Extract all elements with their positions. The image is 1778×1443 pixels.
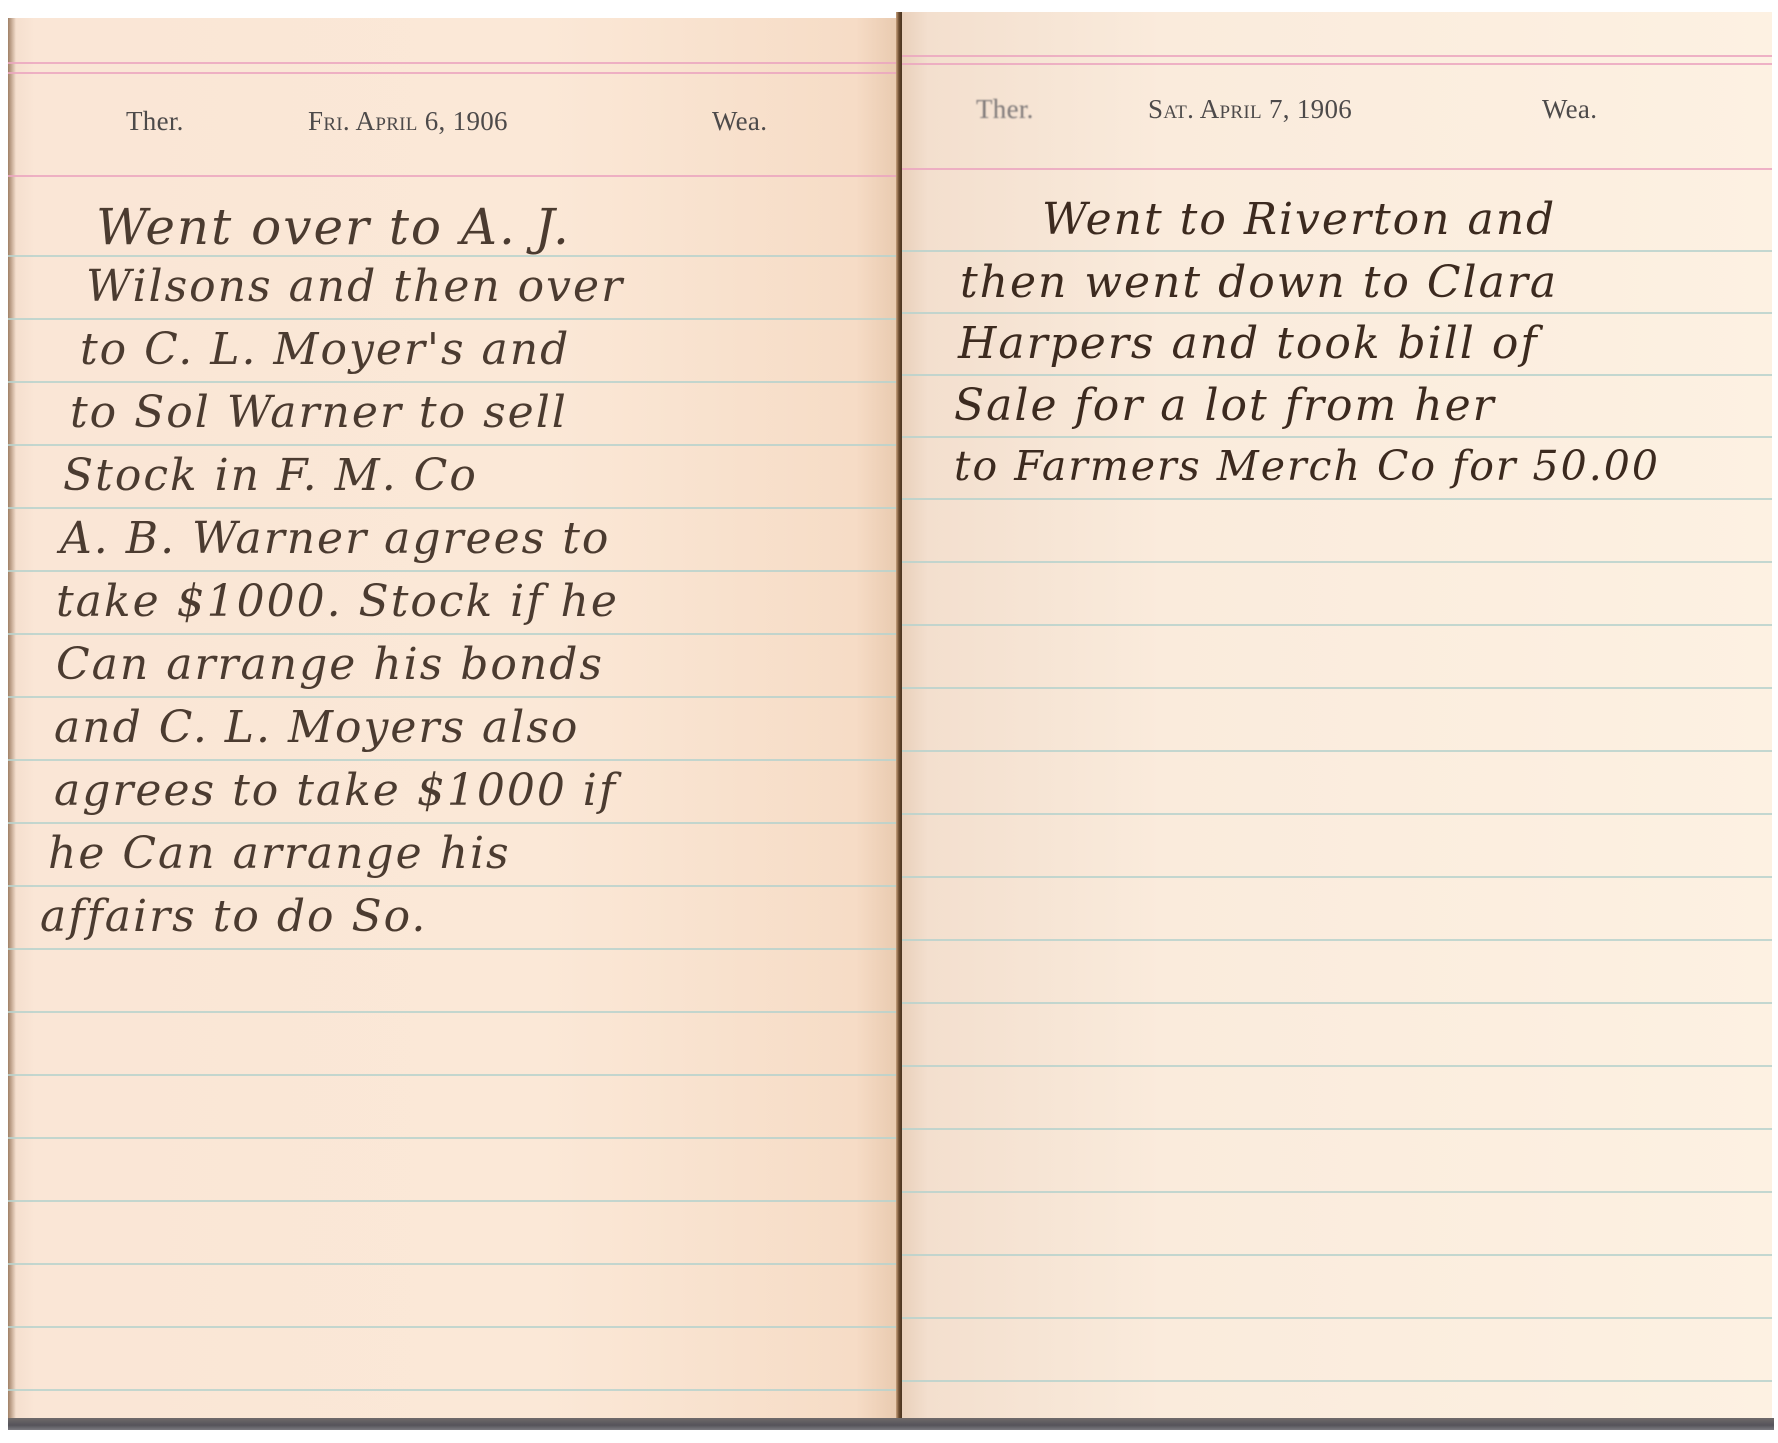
ruled-line [902,498,1772,500]
ruled-line [902,1002,1772,1004]
ruled-line [902,1128,1772,1130]
ruled-line [902,1065,1772,1067]
weather-label: Wea. [1542,94,1597,125]
ruled-line [8,1200,900,1202]
ruled-line [8,570,900,572]
ruled-line [8,885,900,887]
ruled-line [8,948,900,950]
date-heading: Fri. April 6, 1906 [308,106,508,137]
ruled-line [8,633,900,635]
ruled-line [8,696,900,698]
header-top-rule [8,62,900,64]
book-bottom-edge [8,1418,1774,1430]
ruled-line [902,876,1772,878]
ruled-line [902,687,1772,689]
ruled-line [8,1389,900,1391]
ruled-line [902,750,1772,752]
entry-line: then went down to Clara [960,257,1558,308]
ruled-line [902,561,1772,563]
ruled-line [902,624,1772,626]
ruled-line [902,939,1772,941]
entry-line: take $1000. Stock if he [56,576,619,627]
entry-line: Harpers and took bill of [958,318,1539,369]
entry-line: to Farmers Merch Co for 50.00 [954,442,1660,490]
entry-line: Went over to A. J. [96,198,571,256]
ruled-line [8,759,900,761]
thermometer-label: Ther. [126,106,184,137]
entry-line: he Can arrange his [48,828,511,879]
ruled-line [902,1380,1772,1382]
ruled-line [8,1011,900,1013]
ruled-line [8,822,900,824]
entry-line: and C. L. Moyers also [54,702,579,753]
entry-line: to C. L. Moyer's and [80,324,570,375]
ruled-line [8,318,900,320]
entry-line: Wilsons and then over [86,261,624,312]
ruled-line [8,444,900,446]
date-heading: Sat. April 7, 1906 [1148,94,1352,125]
weather-label: Wea. [712,106,767,137]
ruled-line [8,1263,900,1265]
right-diary-page: Ther. Sat. April 7, 1906 Wea. Went to Ri… [902,12,1772,1418]
thermometer-label: Ther. [976,94,1034,125]
ruled-line [8,381,900,383]
ruled-line [902,374,1772,376]
header-top-rule-2 [8,72,900,74]
entry-line: Went to Riverton and [1042,194,1556,245]
page-edge-shadow [8,18,16,1418]
header-top-rule-2 [902,63,1772,65]
entry-line: A. B. Warner agrees to [60,513,610,564]
ruled-line [902,813,1772,815]
entry-line: Sale for a lot from her [954,380,1496,431]
ruled-line [902,250,1772,252]
entry-line: affairs to do So. [40,891,427,942]
header-top-rule [902,55,1772,57]
ruled-line [902,1317,1772,1319]
ruled-line [902,436,1772,438]
ruled-line [8,1326,900,1328]
entry-line: Can arrange his bonds [56,639,604,690]
ruled-line [902,1254,1772,1256]
entry-line: Stock in F. M. Co [63,450,478,501]
ruled-line [8,1074,900,1076]
ruled-line [8,1137,900,1139]
ruled-line [902,312,1772,314]
header-bottom-rule [902,168,1772,170]
entry-line: agrees to take $1000 if [54,765,617,816]
left-diary-page: Ther. Fri. April 6, 1906 Wea. Went over … [8,18,900,1418]
ruled-line [902,1191,1772,1193]
entry-line: to Sol Warner to sell [70,387,568,438]
ruled-line [8,507,900,509]
header-bottom-rule [8,175,900,177]
